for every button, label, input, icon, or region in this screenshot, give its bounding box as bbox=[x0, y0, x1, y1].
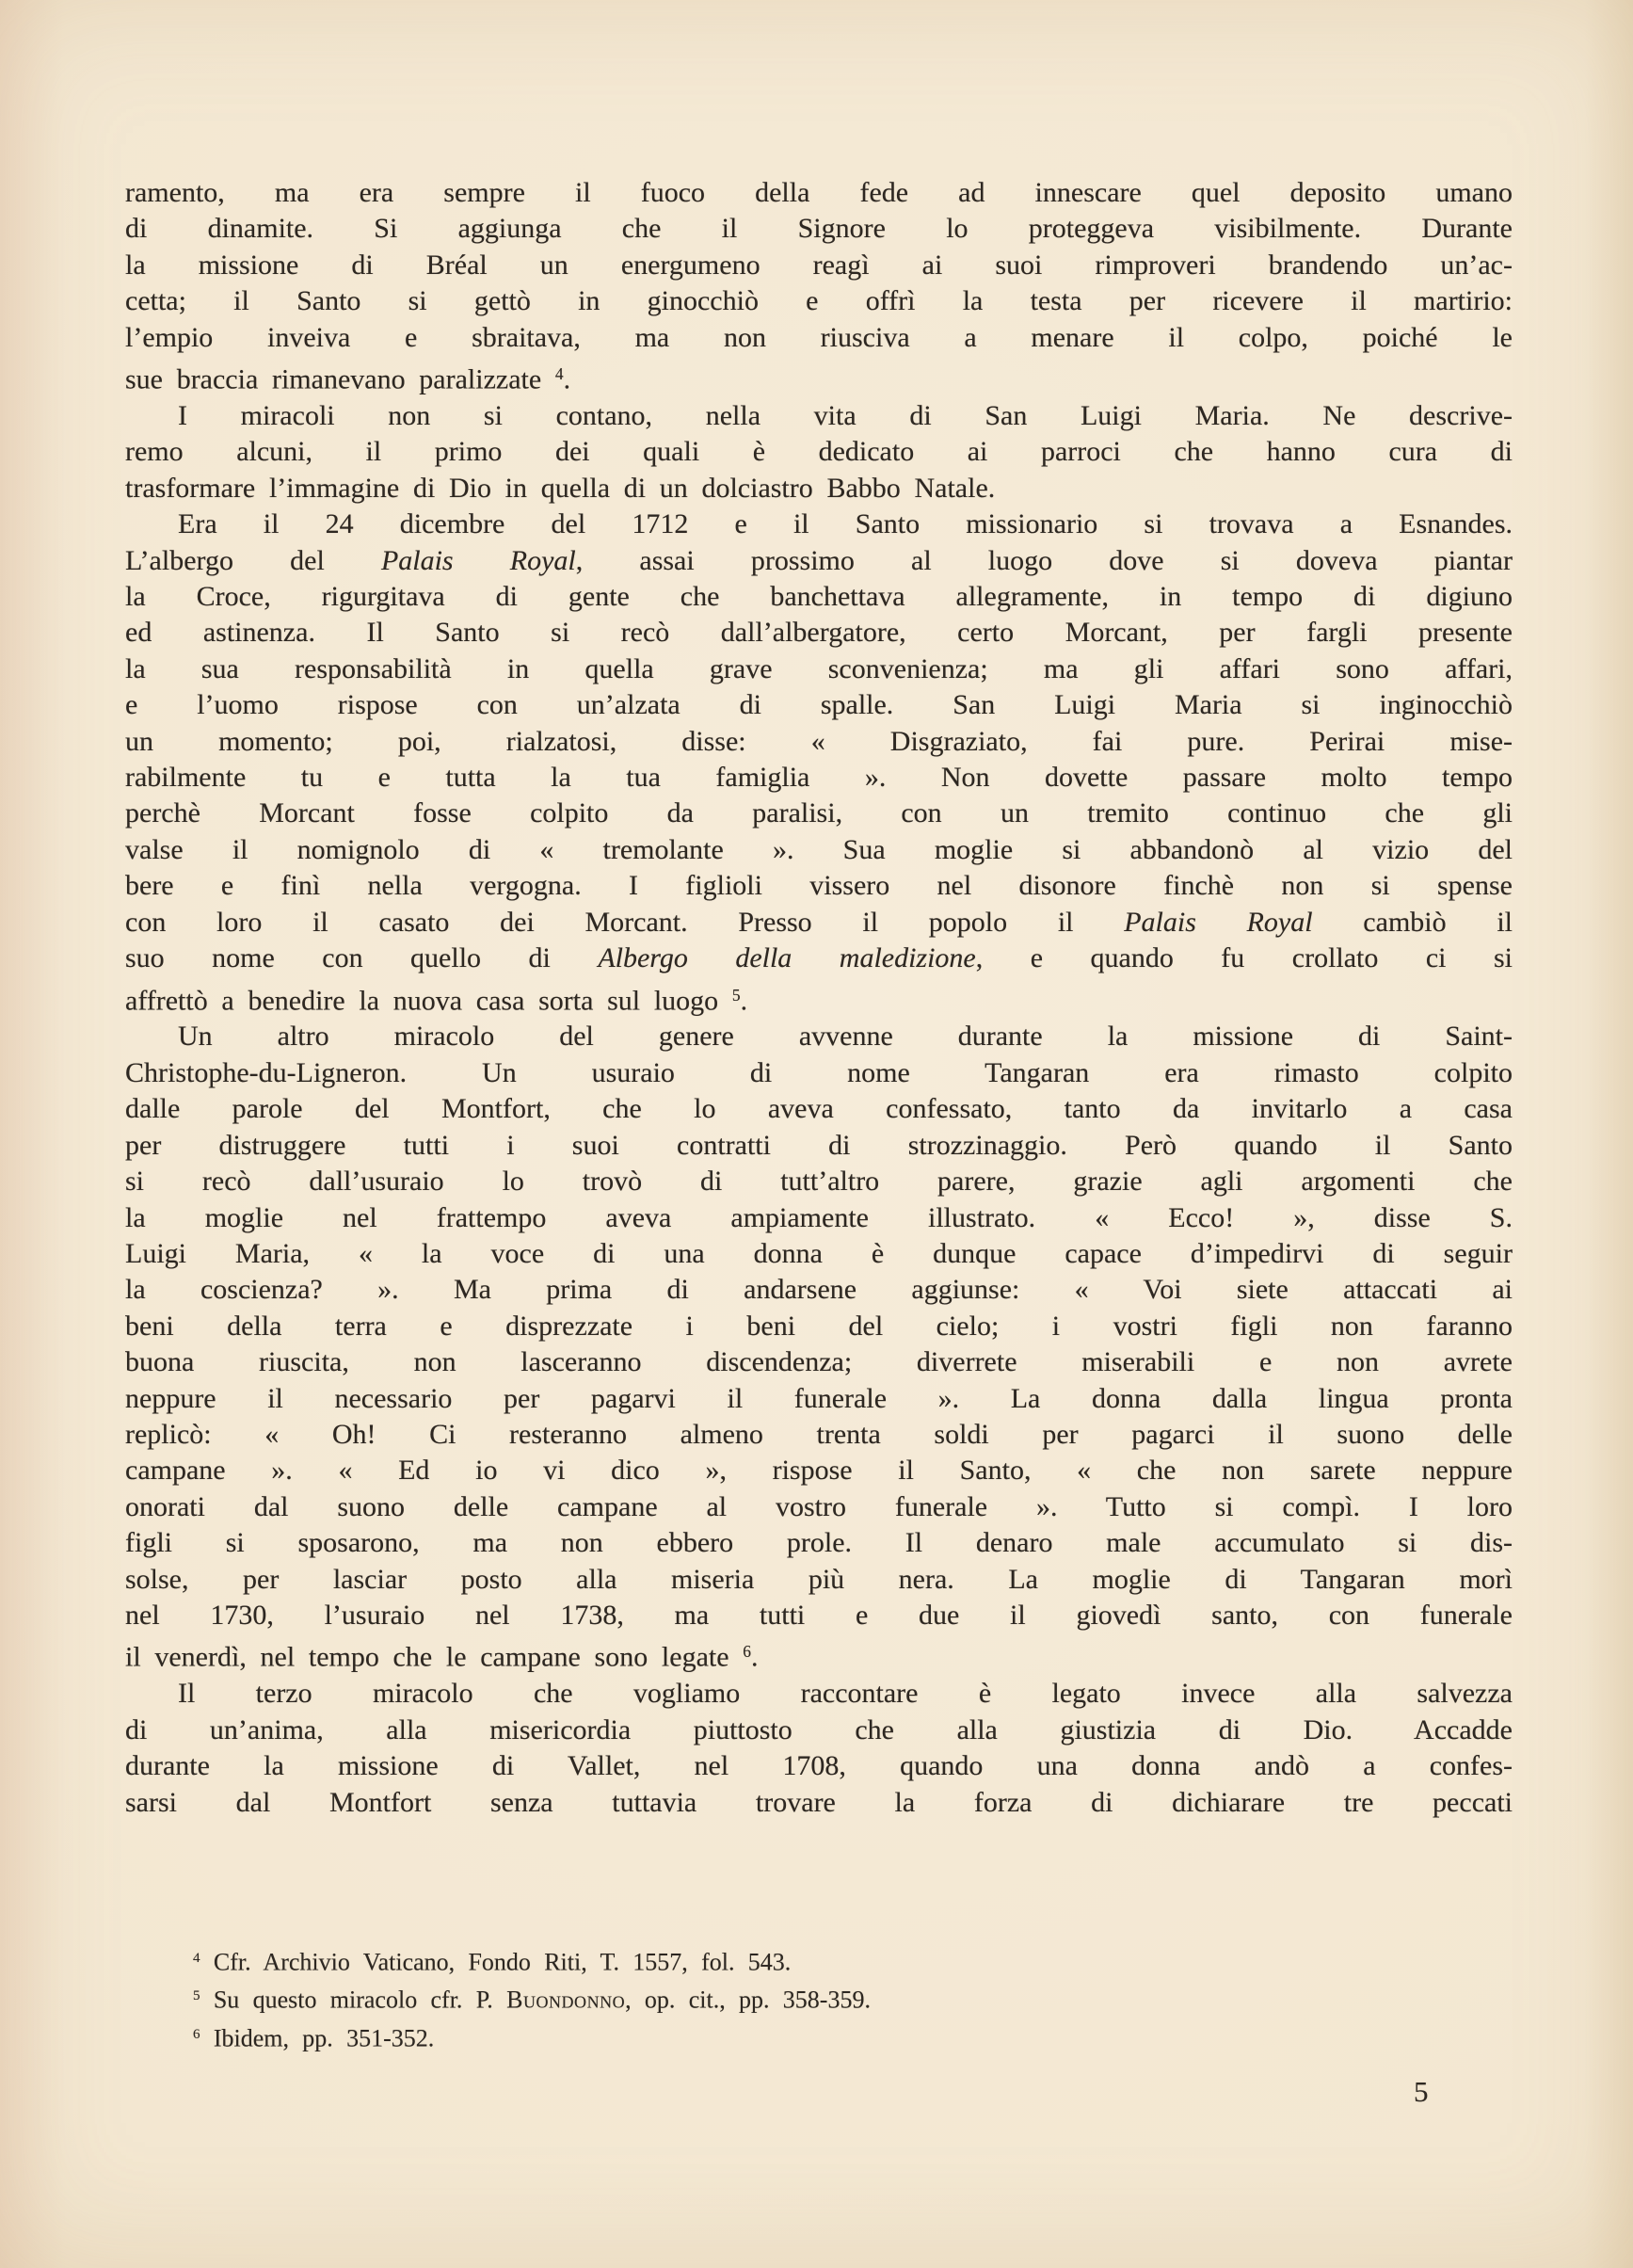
footnote: 6 Ibidem, pp. 351-352. bbox=[125, 2018, 1513, 2055]
page-text: ramento, ma era sempre il fuoco della fe… bbox=[125, 175, 1513, 1821]
text-line: valse il nomignolo di « tremolante ». Su… bbox=[125, 832, 1513, 868]
paragraph: Era il 24 dicembre del 1712 e il Santo m… bbox=[125, 507, 1513, 1019]
text-line: dalle parole del Montfort, che lo aveva … bbox=[125, 1091, 1513, 1127]
text-line: figli si sposarono, ma non ebbero prole.… bbox=[125, 1525, 1513, 1561]
text-line: Christophe-du-Ligneron. Un usuraio di no… bbox=[125, 1055, 1513, 1091]
page-number: 5 bbox=[1414, 2075, 1429, 2109]
text-line: trasformare l’immagine di Dio in quella … bbox=[125, 471, 1513, 507]
text-line: L’albergo del Palais Royal, assai prossi… bbox=[125, 543, 1513, 579]
text-line: remo alcuni, il primo dei quali è dedica… bbox=[125, 434, 1513, 470]
text-line: onorati dal suono delle campane al vostr… bbox=[125, 1489, 1513, 1525]
text-line: per distruggere tutti i suoi contratti d… bbox=[125, 1128, 1513, 1164]
text-line: campane ». « Ed io vi dico », rispose il… bbox=[125, 1453, 1513, 1488]
text-line: ramento, ma era sempre il fuoco della fe… bbox=[125, 175, 1513, 211]
text-line: la Croce, rigurgitava di gente che banch… bbox=[125, 579, 1513, 615]
text-line: un momento; poi, rialzatosi, disse: « Di… bbox=[125, 724, 1513, 760]
text-line: durante la missione di Vallet, nel 1708,… bbox=[125, 1748, 1513, 1784]
text-line: sue braccia rimanevano paralizzate 4. bbox=[125, 356, 1513, 398]
text-line: neppure il necessario per pagarvi il fun… bbox=[125, 1381, 1513, 1417]
book-page: ramento, ma era sempre il fuoco della fe… bbox=[0, 0, 1633, 2268]
text-line: suo nome con quello di Albergo della mal… bbox=[125, 941, 1513, 976]
text-line: Un altro miracolo del genere avvenne dur… bbox=[125, 1019, 1513, 1054]
text-line: replicò: « Oh! Ci resteranno almeno tren… bbox=[125, 1417, 1513, 1453]
text-line: ed astinenza. Il Santo si recò dall’albe… bbox=[125, 615, 1513, 651]
footnote: 5 Su questo miracolo cfr. P. Buondonno, … bbox=[125, 1979, 1513, 2017]
text-line: la coscienza? ». Ma prima di andarsene a… bbox=[125, 1272, 1513, 1308]
text-line: di un’anima, alla misericordia piuttosto… bbox=[125, 1713, 1513, 1748]
paragraph: Un altro miracolo del genere avvenne dur… bbox=[125, 1019, 1513, 1676]
text-line: la sua responsabilità in quella grave sc… bbox=[125, 651, 1513, 687]
text-line: la moglie nel frattempo aveva ampiamente… bbox=[125, 1200, 1513, 1236]
text-line: I miracoli non si contano, nella vita di… bbox=[125, 398, 1513, 434]
paragraph: Il terzo miracolo che vogliamo raccontar… bbox=[125, 1676, 1513, 1821]
text-line: si recò dall’usuraio lo trovò di tutt’al… bbox=[125, 1164, 1513, 1199]
text-line: Il terzo miracolo che vogliamo raccontar… bbox=[125, 1676, 1513, 1712]
text-line: di dinamite. Si aggiunga che il Signore … bbox=[125, 211, 1513, 247]
text-line: e l’uomo rispose con un’alzata di spalle… bbox=[125, 687, 1513, 723]
text-line: Era il 24 dicembre del 1712 e il Santo m… bbox=[125, 507, 1513, 542]
text-line: Luigi Maria, « la voce di una donna è du… bbox=[125, 1236, 1513, 1272]
text-line: nel 1730, l’usuraio nel 1738, ma tutti e… bbox=[125, 1598, 1513, 1633]
paragraph: ramento, ma era sempre il fuoco della fe… bbox=[125, 175, 1513, 398]
text-line: con loro il casato dei Morcant. Presso i… bbox=[125, 905, 1513, 941]
paragraph: I miracoli non si contano, nella vita di… bbox=[125, 398, 1513, 507]
text-line: rabilmente tu e tutta la tua famiglia ».… bbox=[125, 760, 1513, 796]
text-line: affrettò a benedire la nuova casa sorta … bbox=[125, 977, 1513, 1020]
text-line: l’empio inveiva e sbraitava, ma non rius… bbox=[125, 320, 1513, 356]
text-line: bere e finì nella vergogna. I figlioli v… bbox=[125, 868, 1513, 904]
text-line: sarsi dal Montfort senza tuttavia trovar… bbox=[125, 1785, 1513, 1821]
text-line: la missione di Bréal un energumeno reagì… bbox=[125, 248, 1513, 283]
text-line: perchè Morcant fosse colpito da paralisi… bbox=[125, 796, 1513, 831]
text-line: beni della terra e disprezzate i beni de… bbox=[125, 1309, 1513, 1344]
text-line: buona riuscita, non lasceranno discenden… bbox=[125, 1344, 1513, 1380]
footnotes: 4 Cfr. Archivio Vaticano, Fondo Riti, T.… bbox=[125, 1941, 1513, 2055]
footnote: 4 Cfr. Archivio Vaticano, Fondo Riti, T.… bbox=[125, 1941, 1513, 1979]
text-line: cetta; il Santo si gettò in ginocchiò e … bbox=[125, 283, 1513, 319]
text-line: solse, per lasciar posto alla miseria pi… bbox=[125, 1562, 1513, 1598]
text-line: il venerdì, nel tempo che le campane son… bbox=[125, 1633, 1513, 1676]
